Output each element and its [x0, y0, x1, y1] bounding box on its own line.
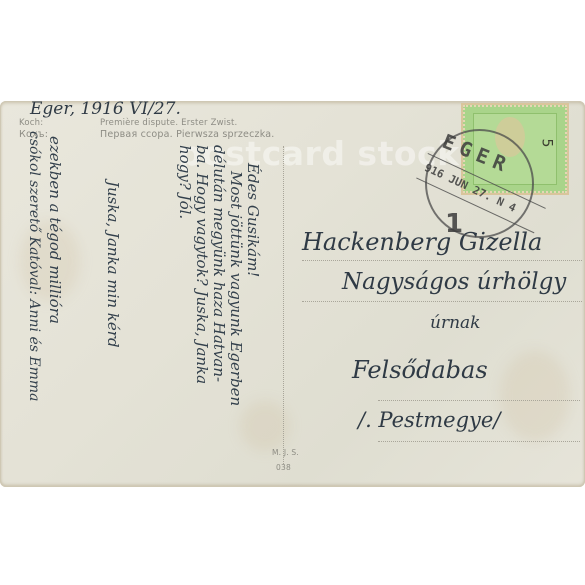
address-dotted-line [302, 301, 582, 302]
message-line: ba. Hogy vagytok? Juska, Janka [193, 145, 211, 384]
address-line: /. Pestmegye/ [358, 408, 500, 432]
message-line: Édes Gusikám! [244, 163, 262, 277]
message-line: délután megyünk haza Hatvan- [210, 145, 228, 382]
address-line: Hackenberg Gizella [302, 228, 542, 256]
postmark-cancel-number: 1 [445, 209, 463, 239]
address-line: úrnak [430, 313, 480, 333]
center-divider [283, 146, 284, 464]
header-date-note: Eger, 1916 VI/27. [30, 101, 181, 119]
caption-text-1: Première dispute. Erster Zwist. [100, 118, 237, 129]
caption-text-2: Первая ссора. Pierwsza sprzeczka. [100, 129, 274, 140]
address-line: Nagyságos úrhölgy [342, 269, 566, 295]
message-line: Most jöttünk vagyunk Egerben [227, 171, 245, 406]
stamp-value: 5 [539, 139, 555, 148]
address-line: Felsődabas [352, 356, 488, 384]
address-dotted-line [378, 441, 580, 442]
message-line: ezekben a tégod millióra [46, 136, 64, 324]
address-dotted-line [378, 400, 580, 401]
message-line: Juska, Janka min kérd [104, 181, 122, 348]
message-line: hogy? Jól. [176, 145, 194, 219]
series-number: 038 [276, 462, 291, 473]
address-dotted-line [302, 260, 582, 261]
caption-label-1: Koch: [19, 118, 43, 129]
publisher-mark: M. J. S. [272, 447, 299, 458]
message-line: csókol szerető Katóval: Anni és Emma [26, 131, 42, 402]
postcard-back: postcard stock Eger, 1916 VI/27. Koch: P… [0, 101, 585, 487]
